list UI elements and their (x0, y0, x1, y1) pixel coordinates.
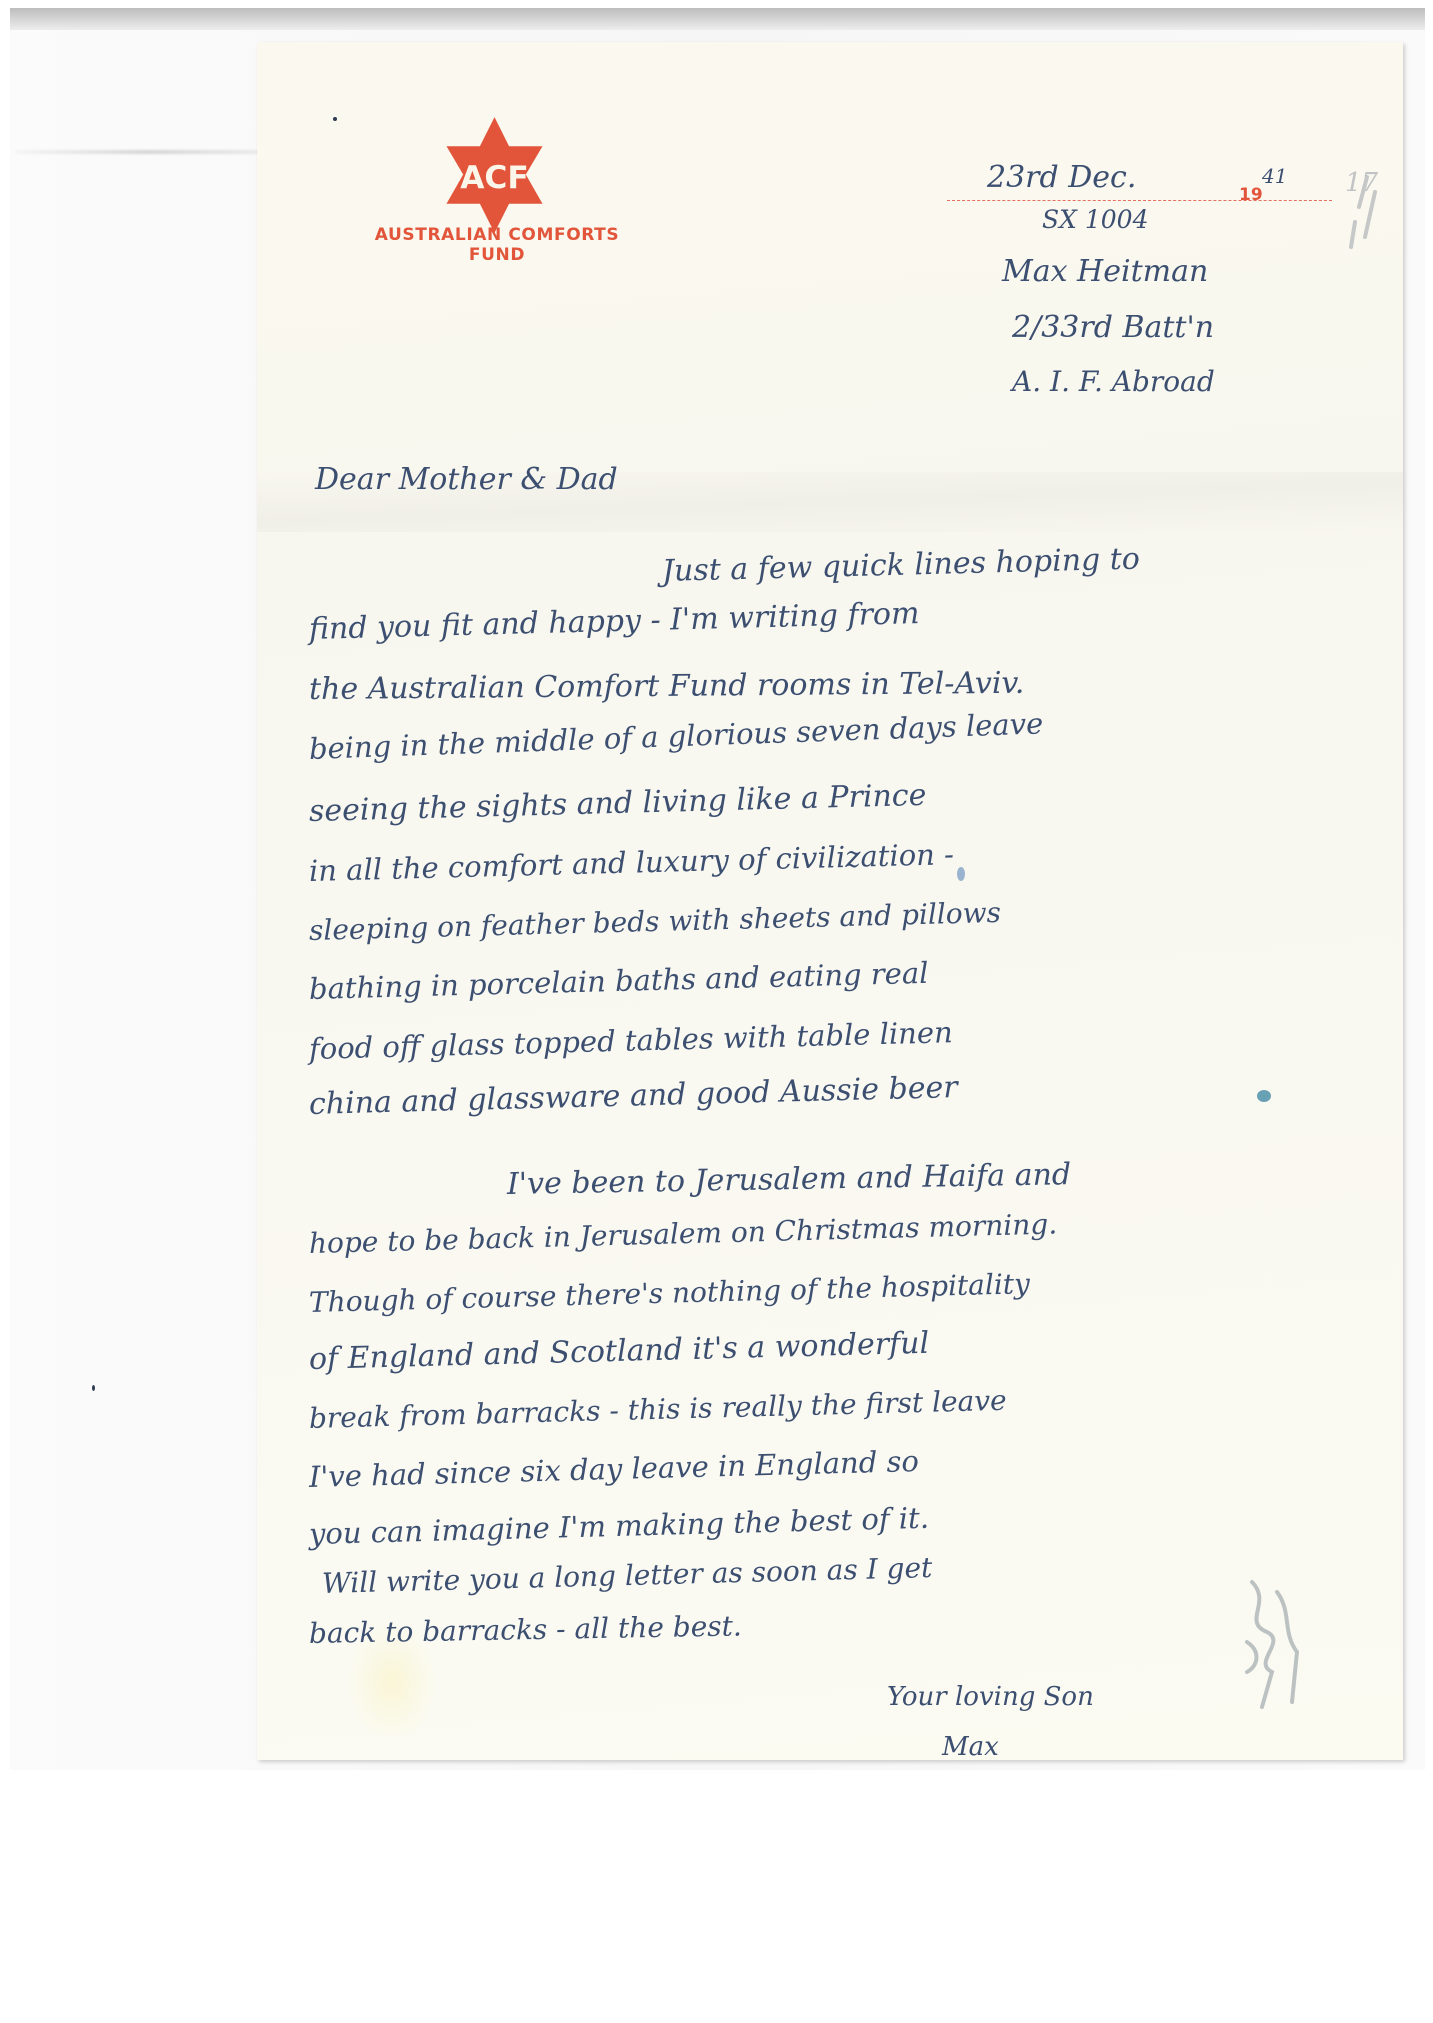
letter-line: break from barracks - this is really the… (309, 1384, 1007, 1435)
pencil-smudge-mark (1337, 167, 1387, 257)
svg-text:ACF: ACF (460, 160, 529, 196)
letter-line: I've been to Jerusalem and Haifa and (507, 1157, 1072, 1202)
letter-line: Just a few quick lines hoping to (662, 541, 1141, 589)
letter-line: food off glass topped tables with table … (309, 1015, 954, 1066)
organization-name: AUSTRALIAN COMFORTS FUND (362, 225, 632, 265)
ink-blot (957, 867, 965, 881)
letter-line: sleeping on feather beds with sheets and… (309, 896, 1002, 947)
address-service-number: SX 1004 (1042, 205, 1149, 234)
letter-line: hope to be back in Jerusalem on Christma… (309, 1207, 1058, 1260)
stray-ink-dot (333, 117, 337, 121)
address-name: Max Heitman (1002, 254, 1208, 289)
letter-date: 23rd Dec. (987, 160, 1136, 195)
acf-star-logo: ACF (442, 115, 547, 235)
closing: Your loving Son (887, 1682, 1094, 1712)
ink-blot (1257, 1090, 1271, 1102)
letter-line: find you fit and happy - I'm writing fro… (309, 596, 920, 647)
date-year: 41 (1262, 164, 1287, 188)
pencil-scribble-mark (1232, 1572, 1312, 1712)
letter-line: the Australian Comfort Fund rooms in Tel… (309, 666, 1025, 707)
salutation: Dear Mother & Dad (315, 462, 618, 497)
letter-line: Will write you a long letter as soon as … (322, 1551, 933, 1600)
letter-line: Though of course there's nothing of the … (309, 1267, 1031, 1319)
letter-line: in all the comfort and luxury of civiliz… (309, 837, 955, 888)
letter-line: of England and Scotland it's a wonderful (309, 1326, 930, 1377)
date-year-prefix: 19 (1239, 185, 1263, 205)
letter-line: bathing in porcelain baths and eating re… (309, 956, 929, 1006)
stray-ink-dot (92, 1385, 95, 1391)
letter-line: you can imagine I'm making the best of i… (309, 1501, 930, 1551)
six-pointed-star-icon: ACF (442, 115, 547, 235)
letter-line: I've had since six day leave in England … (309, 1444, 920, 1494)
letter-sheet: ACF AUSTRALIAN COMFORTS FUND 23rd Dec. 1… (257, 42, 1403, 1760)
signature: Max (942, 1732, 999, 1762)
date-dotted-line (947, 200, 1332, 201)
address-battalion: 2/33rd Batt'n (1012, 310, 1214, 345)
background-crease (15, 150, 285, 154)
letter-line: being in the middle of a glorious seven … (308, 706, 1043, 766)
letter-line: back to barracks - all the best. (309, 1609, 742, 1650)
letter-line: seeing the sights and living like a Prin… (309, 778, 927, 829)
address-force: A. I. F. Abroad (1012, 365, 1215, 398)
letter-line: china and glassware and good Aussie beer (309, 1070, 959, 1122)
